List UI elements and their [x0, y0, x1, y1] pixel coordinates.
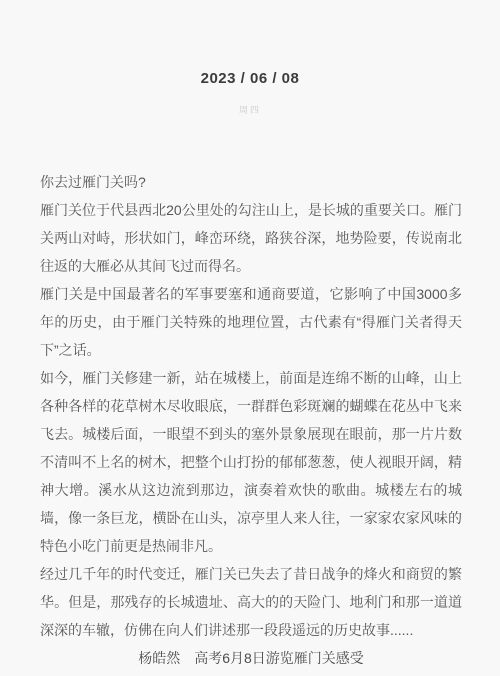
- essay-paragraph-location: 雁门关位于代县西北20公里处的勾注山上，是长城的重要关口。雁门关两山对峙，形状如…: [40, 196, 462, 280]
- essay-paragraph-history: 雁门关是中国最著名的军事要塞和通商要道，它影响了中国3000多年的历史，由于雁门…: [40, 280, 462, 364]
- signature-line: 杨皓然高考6月8日游览雁门关感受: [40, 644, 462, 672]
- signature-note: 高考6月8日游览雁门关感受: [194, 650, 364, 666]
- essay-paragraph-scenery: 如今，雁门关修建一新，站在城楼上，前面是连绵不断的山峰，山上各种各样的花草树木尽…: [40, 364, 462, 560]
- date-header: 2023 / 06 / 08 周四: [0, 0, 500, 116]
- essay-paragraph-reflection: 经过几千年的时代变迁，雁门关已失去了昔日战争的烽火和商贸的繁华。但是，那残存的长…: [40, 560, 462, 644]
- date-text: 2023 / 06 / 08: [0, 70, 500, 87]
- weekday-text: 周四: [0, 103, 500, 116]
- essay-body: 你去过雁门关吗? 雁门关位于代县西北20公里处的勾注山上，是长城的重要关口。雁门…: [40, 168, 462, 672]
- diary-page: 2023 / 06 / 08 周四 你去过雁门关吗? 雁门关位于代县西北20公里…: [0, 0, 500, 676]
- essay-paragraph-intro: 你去过雁门关吗?: [40, 168, 462, 196]
- signature-author: 杨皓然: [138, 650, 180, 666]
